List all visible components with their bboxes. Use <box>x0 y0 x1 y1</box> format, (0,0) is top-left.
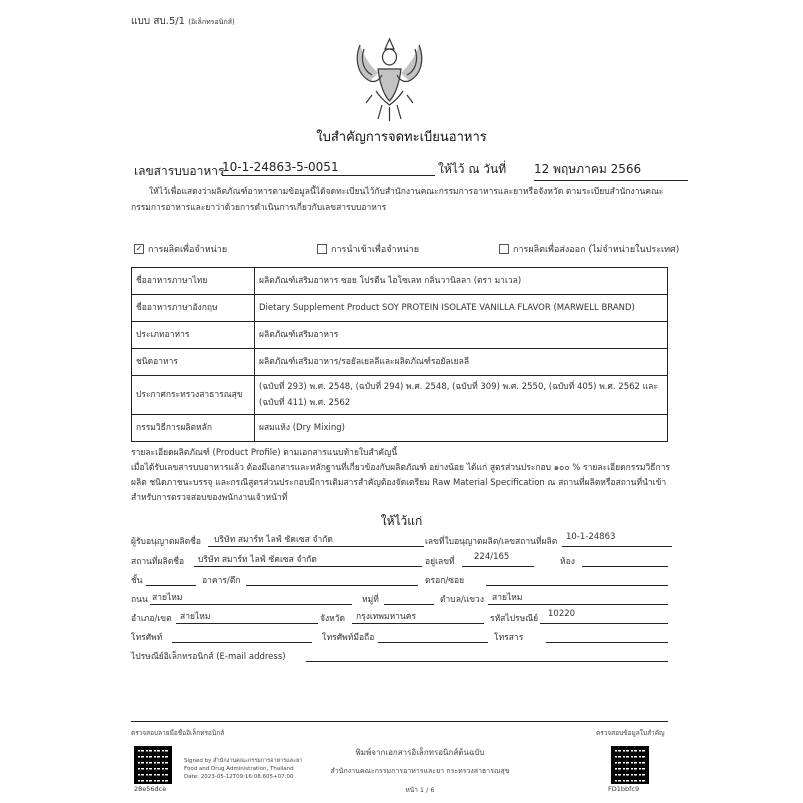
fax-label: โทรสาร <box>494 630 523 644</box>
document-title: ใบสำคัญการจดทะเบียนอาหาร <box>0 126 803 147</box>
row-value: ผสมแห้ง (Dry Mixing) <box>255 415 668 442</box>
address-number-label: อยู่เลขที่ <box>425 554 455 568</box>
row-key: กรรมวิธีการผลิตหลัก <box>132 415 255 442</box>
document-qr-code-icon[interactable] <box>611 746 649 784</box>
purpose-label: การผลิตเพื่อจำหน่าย <box>148 242 227 256</box>
page-number: หน้า 1 / 6 <box>300 785 540 795</box>
mobile-value <box>378 628 488 643</box>
floor-value <box>146 571 196 586</box>
purpose-sale-production: ✓ การผลิตเพื่อจำหน่าย <box>134 242 227 256</box>
garuda-emblem-icon <box>352 35 427 123</box>
row-key: ชนิดอาหาร <box>132 349 255 376</box>
license-number-label: เลขที่ใบอนุญาตผลิต/เลขสถานที่ผลิต <box>425 534 557 548</box>
address-number-value: 224/165 <box>462 552 534 567</box>
table-row: ชื่ออาหารภาษาอังกฤษDietary Supplement Pr… <box>132 295 668 322</box>
building-label: อาคาร/ตึก <box>202 573 240 587</box>
printed-from-text: พิมพ์จากเอกสารอิเล็กทรอนิกส์ต้นฉบับ <box>300 746 540 759</box>
form-code: แบบ สบ.5/1 (อิเล็กทรอนิกส์) <box>131 14 235 29</box>
signature-qr-code-text: 28e56dce <box>134 785 166 793</box>
room-label: ห้อง <box>560 554 575 568</box>
checkbox-unchecked-icon <box>317 244 327 254</box>
verify-data-label: ตรวจสอบข้อมูลใบสำคัญ <box>596 728 665 738</box>
province-label: จังหวัด <box>320 611 345 625</box>
premises-value: บริษัท สมาร์ท ไลฟ์ ซัคเซส จำกัด <box>194 552 422 567</box>
row-value: Dietary Supplement Product SOY PROTEIN I… <box>255 295 668 322</box>
row-value: (ฉบับที่ 293) พ.ศ. 2548, (ฉบับที่ 294) พ… <box>255 376 668 415</box>
form-code-text: แบบ สบ.5/1 <box>131 16 185 27</box>
signed-by: Signed by สำนักงานคณะกรรมการอาหารและยา <box>184 757 302 765</box>
soi-label: ตรอก/ซอย <box>425 573 464 587</box>
digital-signature-info: Signed by สำนักงานคณะกรรมการอาหารและยา F… <box>184 757 302 781</box>
email-label: ไปรษณีย์อิเล็กทรอนิกส์ (E-mail address) <box>131 649 286 663</box>
registration-number-value: 10-1-24863-5-0051 <box>222 160 435 176</box>
subdistrict-label: ตำบล/แขวง <box>440 592 484 606</box>
notes-product-profile: รายละเอียดผลิตภัณฑ์ (Product Profile) ตา… <box>131 446 676 461</box>
license-number-value: 10-1-24863 <box>562 532 672 547</box>
row-key: ประกาศกระทรวงสาธารณสุข <box>132 376 255 415</box>
food-info-table: ชื่ออาหารภาษาไทยผลิตภัณฑ์เสริมอาหาร ซอย … <box>131 267 668 442</box>
table-row: ประกาศกระทรวงสาธารณสุข(ฉบับที่ 293) พ.ศ.… <box>132 376 668 415</box>
premises-label: สถานที่ผลิตชื่อ <box>131 554 184 568</box>
issued-to-heading: ให้ไว้แก่ <box>0 512 803 531</box>
postal-code-label: รหัสไปรษณีย์ <box>490 611 538 625</box>
signature-qr-code-icon[interactable] <box>134 746 172 784</box>
checkbox-checked-icon: ✓ <box>134 244 144 254</box>
table-row: ชนิดอาหารผลิตภัณฑ์เสริมอาหาร/รอยัลเยลลีแ… <box>132 349 668 376</box>
subdistrict-value: สายไหม <box>488 590 668 605</box>
row-key: ชื่ออาหารภาษาอังกฤษ <box>132 295 255 322</box>
intro-text: ให้ไว้เพื่อแสดงว่าผลิตภัณฑ์อาหารตามข้อมู… <box>131 184 671 216</box>
postal-code-value: 10220 <box>540 609 668 624</box>
signed-org: Food and Drug Administration, Thailand <box>184 765 302 773</box>
issue-date-value: 12 พฤษภาคม 2566 <box>534 160 688 181</box>
table-row: ประเภทอาหารผลิตภัณฑ์เสริมอาหาร <box>132 322 668 349</box>
district-value: สายไหม <box>176 609 318 624</box>
licensee-value: บริษัท สมาร์ท ไลฟ์ ซัคเซส จำกัด <box>208 532 424 547</box>
row-value: ผลิตภัณฑ์เสริมอาหาร/รอยัลเยลลีและผลิตภัณ… <box>255 349 668 376</box>
floor-label: ชั้น <box>131 573 143 587</box>
form-code-note: (อิเล็กทรอนิกส์) <box>188 18 234 26</box>
signed-date: Date: 2023-05-12T09:16:08.605+07:00 <box>184 773 302 781</box>
notes: รายละเอียดผลิตภัณฑ์ (Product Profile) ตา… <box>131 446 676 506</box>
moo-label: หมู่ที่ <box>362 592 379 606</box>
purpose-export: การผลิตเพื่อส่งออก (ไม่จำหน่ายในประเทศ) <box>499 242 679 256</box>
table-row: ชื่ออาหารภาษาไทยผลิตภัณฑ์เสริมอาหาร ซอย … <box>132 268 668 295</box>
room-value <box>582 552 668 567</box>
notes-requirements: เมื่อได้รับเลขสารบบอาหารแล้ว ต้องมีเอกสา… <box>131 461 676 506</box>
checkbox-unchecked-icon <box>499 244 509 254</box>
issue-date-label: ให้ไว้ ณ วันที่ <box>438 160 506 179</box>
table-row: กรรมวิธีการผลิตหลักผสมแห้ง (Dry Mixing) <box>132 415 668 442</box>
phone-value <box>172 628 312 643</box>
phone-label: โทรศัพท์ <box>131 630 162 644</box>
row-key: ชื่ออาหารภาษาไทย <box>132 268 255 295</box>
licensee-label: ผู้รับอนุญาตผลิตชื่อ <box>131 534 201 548</box>
district-label: อำเภอ/เขต <box>131 611 172 625</box>
soi-value <box>486 571 668 586</box>
row-value: ผลิตภัณฑ์เสริมอาหาร <box>255 322 668 349</box>
registration-number-label: เลขสารบบอาหาร <box>134 162 224 181</box>
road-label: ถนน <box>131 592 148 606</box>
fax-value <box>546 628 668 643</box>
email-value <box>306 647 668 662</box>
agency-text: สำนักงานคณะกรรมการอาหารและยา กระทรวงสาธา… <box>300 766 540 777</box>
mobile-label: โทรศัพท์มือถือ <box>322 630 374 644</box>
verify-signature-label: ตรวจสอบลายมือชื่ออิเล็กทรอนิกส์ <box>131 728 224 738</box>
building-value <box>246 571 418 586</box>
moo-value <box>384 590 434 605</box>
road-value: สายไหม <box>150 590 352 605</box>
purpose-label: การผลิตเพื่อส่งออก (ไม่จำหน่ายในประเทศ) <box>513 242 679 256</box>
footer-divider <box>131 721 668 722</box>
document-qr-code-text: FD1bbfc9 <box>608 785 639 793</box>
row-key: ประเภทอาหาร <box>132 322 255 349</box>
purpose-label: การนำเข้าเพื่อจำหน่าย <box>331 242 419 256</box>
row-value: ผลิตภัณฑ์เสริมอาหาร ซอย โปรตีน ไอโซเลท ก… <box>255 268 668 295</box>
province-value: กรุงเทพมหานคร <box>352 609 484 624</box>
purpose-import: การนำเข้าเพื่อจำหน่าย <box>317 242 419 256</box>
